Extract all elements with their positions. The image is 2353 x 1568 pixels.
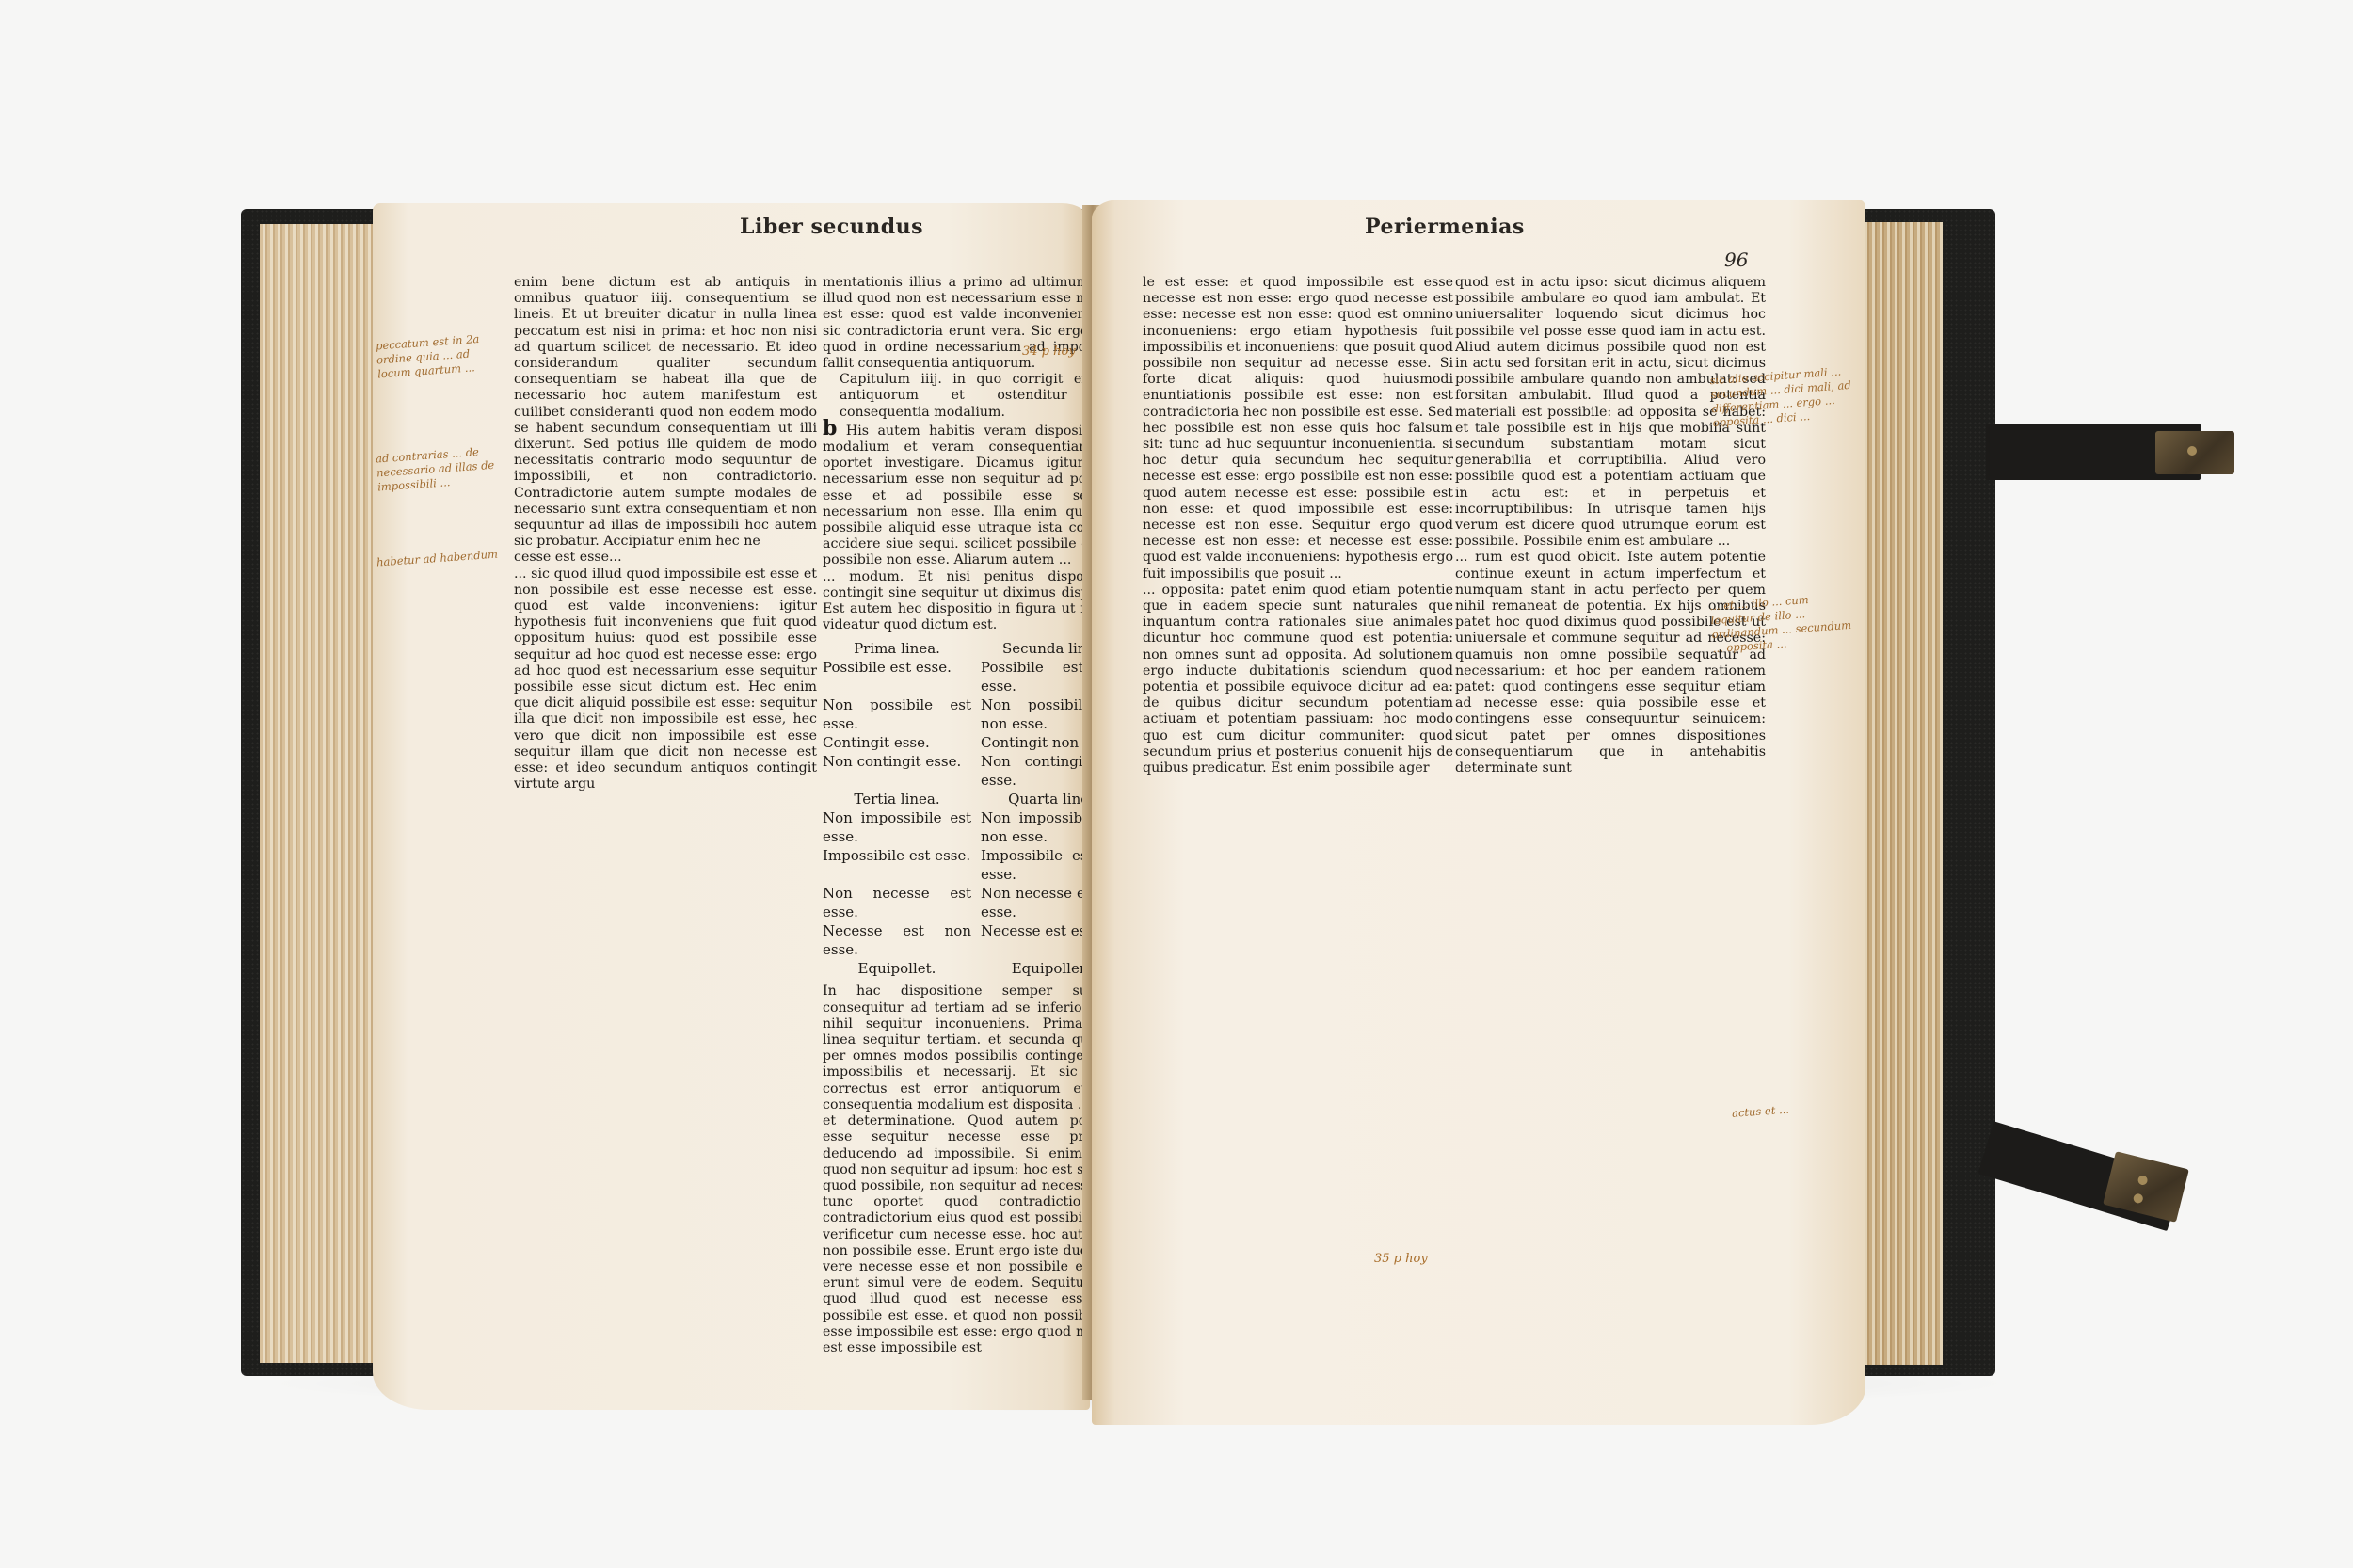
left-page-column-1: enim bene dictum est ab antiquis in omni…	[514, 275, 817, 1447]
table-cell: Non impossibile est esse.	[823, 808, 971, 846]
table-cell: Non necesse est esse.	[823, 884, 971, 921]
chapter-sign: b	[823, 416, 837, 440]
folio-number: 96	[1724, 248, 1748, 271]
clasp-rivet	[2137, 1175, 2149, 1186]
paragraph: le est esse: et quod impossibile est ess…	[1143, 275, 1453, 583]
table-cell: Necesse est non esse.	[823, 921, 971, 959]
manuscript-folio-note: 35 p hoy	[1374, 1252, 1428, 1266]
marginal-annotation: sic alio accipitur mali ... secundum ...…	[1709, 364, 1854, 430]
running-head-right: Periermenias	[1365, 215, 1525, 239]
right-page-edges	[1862, 222, 1943, 1365]
table-cell: Non contingit esse.	[823, 752, 971, 790]
table-cell: Possibile est esse.	[823, 658, 971, 696]
paragraph: cesse est esse...	[514, 550, 817, 566]
table-cell: Contingit esse.	[823, 733, 971, 752]
upper-clasp-metal	[2155, 431, 2234, 474]
table-header: Prima linea.	[823, 639, 971, 658]
table-cell: Impossibile est esse.	[823, 846, 971, 884]
clasp-rivet	[2133, 1192, 2144, 1204]
paragraph: enim bene dictum est ab antiquis in omni…	[514, 275, 817, 550]
clasp-rivet	[2187, 446, 2197, 456]
table-header: Tertia linea.	[823, 790, 971, 808]
right-page-column-2: quod est in actu ipso: sicut dicimus ali…	[1455, 275, 1766, 1418]
left-page-edges	[260, 224, 378, 1363]
paragraph: ... rum est quod obicit. Iste autem pote…	[1455, 550, 1766, 776]
manuscript-folio-note: 34 p hoy	[1022, 344, 1076, 359]
marginal-annotation: ad contrarias ... de necessario ad illas…	[376, 444, 501, 495]
table-footer: Equipollet.	[823, 959, 971, 978]
paragraph: ... sic quod illud quod impossibile est …	[514, 567, 817, 793]
table-cell: Non possibile est esse.	[823, 696, 971, 733]
right-page-column-1: le est esse: et quod impossibile est ess…	[1143, 275, 1453, 1447]
marginal-annotation: ... et ... illo ... cum loquitur de illo…	[1709, 590, 1854, 656]
marginal-annotation: peccatum est in 2a ordine quia ... ad lo…	[376, 331, 501, 382]
paragraph: ... opposita: patet enim quod etiam pote…	[1143, 583, 1453, 776]
left-page: Liber secundus enim bene dictum est ab a…	[373, 203, 1090, 1410]
marginal-annotation: habetur ad habendum	[376, 547, 500, 569]
right-page: Periermenias 96 le est esse: et quod imp…	[1092, 200, 1865, 1425]
running-head-left: Liber secundus	[740, 215, 923, 239]
